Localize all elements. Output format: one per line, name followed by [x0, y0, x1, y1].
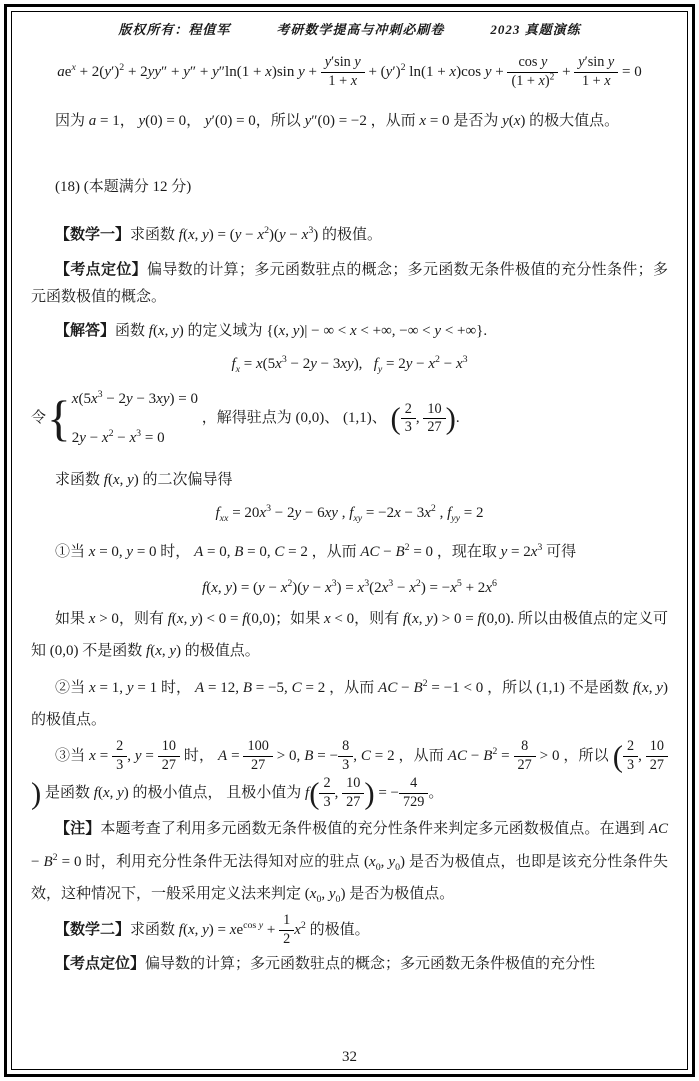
first-partials-equation: fx = x(5x3 − 2y − 3xy), fy = 2y − x2 − x…	[31, 356, 668, 373]
math1-problem: 【数学一】求函数 f(x, y) = (y − x2)(y − x3) 的极值。	[31, 219, 668, 251]
exam-points-1: 【考点定位】偏导数的计算；多元函数驻点的概念；多元函数无条件极值的充分性条件；多…	[31, 257, 668, 310]
document-page: 版权所有：程值军 考研数学提高与冲刺必刷卷 2023 真题演练 aex + 2(…	[0, 0, 699, 1081]
second-partials-intro: 求函数 f(x, y) 的二次偏导得	[31, 467, 668, 493]
solution-intro: 【解答】函数 f(x, y) 的定义域为 {(x, y)| − ∞ < x < …	[31, 318, 668, 344]
header-edition: 2023 真题演练	[490, 19, 580, 38]
main-equation: aex + 2(y′)2 + 2yy″ + y″ + y″ln(1 + x)si…	[31, 54, 668, 91]
case-2-paragraph: ②当 x = 1, y = 1 时， A = 12, B = −5, C = 2…	[31, 672, 668, 737]
conclusion-paragraph: 因为 a = 1， y(0) = 0， y′(0) = 0，所以 y″(0) =…	[31, 105, 668, 137]
case-1-paragraph: ①当 x = 0, y = 0 时， A = 0, B = 0, C = 2 ，…	[31, 536, 668, 568]
case-3-paragraph: ③当 x = 23, y = 1027 时， A = 10027 > 0, B …	[31, 738, 668, 811]
case-1-expansion-equation: f(x, y) = (y − x2)(y − x3) = x3(2x3 − x2…	[31, 580, 668, 597]
stationary-points-system: 令{x(5x3 − 2y − 3xy) = 02y − x2 − x3 = 0 …	[31, 383, 668, 455]
second-partials-equation: fxx = 20x3 − 2y − 6xy , fxy = −2x − 3x2 …	[31, 505, 668, 522]
note-paragraph: 【注】本题考查了利用多元函数无条件极值的充分性条件来判定多元函数极值点。在遇到 …	[31, 813, 668, 910]
page-content: 版权所有：程值军 考研数学提高与冲刺必刷卷 2023 真题演练 aex + 2(…	[13, 13, 686, 1068]
case-1-analysis: 如果 x > 0，则有 f(x, y) < 0 = f(0,0)；如果 x < …	[31, 603, 668, 668]
page-header: 版权所有：程值军 考研数学提高与冲刺必刷卷 2023 真题演练	[31, 19, 668, 38]
exam-points-2: 【考点定位】偏导数的计算；多元函数驻点的概念；多元函数无条件极值的充分性	[31, 951, 668, 977]
header-book-title: 考研数学提高与冲刺必刷卷	[276, 19, 444, 38]
math2-problem: 【数学二】求函数 f(x, y) = xecos y + 12x2 的极值。	[31, 912, 668, 949]
header-copyright: 版权所有：程值军	[118, 19, 230, 38]
page-number: 32	[0, 1049, 699, 1066]
question-18-heading: (18) (本题满分 12 分)	[31, 171, 668, 203]
